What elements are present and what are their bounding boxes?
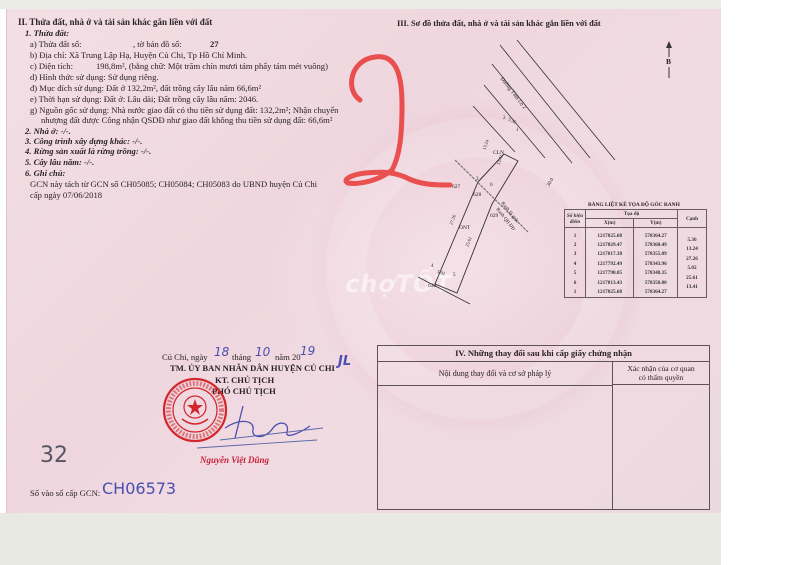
parcel-630-label: 630 (428, 281, 436, 291)
coord-cell-x: 1217825.68 (586, 228, 634, 241)
confirm-header-line1: Xác nhận của cơ quan (613, 364, 709, 373)
coord-cell-x: 1217792.49 (586, 259, 634, 268)
map-sheet-value: 27 (210, 39, 219, 49)
coord-cell-point: 1 (565, 287, 586, 297)
section-iv-title: IV. Những thay đổi sau khi cấp giấy chứn… (378, 346, 709, 362)
parcel-629-label: 629 (490, 211, 498, 221)
coord-cell-y: 578360.49 (634, 240, 678, 249)
house-item: 2. Nhà ở: -/-. (25, 126, 71, 136)
usage-origin-line2: nhượng đất được Công nhận QSDĐ như giao … (41, 115, 332, 125)
changes-table: IV. Những thay đổi sau khi cấp giấy chứn… (377, 345, 710, 510)
changes-confirm-header: Xác nhận của cơ quan có thẩm quyền (613, 362, 709, 385)
coord-cell-y: 578364.27 (634, 228, 678, 241)
coord-cell-y: 578355.09 (634, 250, 678, 259)
registry-number: CH06573 (102, 480, 176, 498)
date-month: 10 (255, 347, 270, 357)
registry-label: Số vào sổ cấp GCN: (30, 488, 100, 498)
perennial-item: 5. Cây lâu năm: -/-. (25, 157, 94, 167)
handwritten-number: 32 (40, 444, 68, 468)
vertex-5-label: 5 (453, 271, 456, 281)
vertex-6-label: 6 (490, 181, 493, 191)
coord-cell-x: 1217825.68 (586, 287, 634, 297)
header-edge: Cạnh (678, 210, 707, 228)
parcel-heading: 1. Thửa đất: (25, 28, 69, 38)
notes-line2: cấp ngày 07/06/2018 (30, 190, 102, 200)
area-value: 198,8m², (bằng chữ: Một trăm chín mươi t… (96, 61, 328, 71)
coordinate-table: Số hiệu điểm Tọa độ Cạnh X(m) Y(m) 11217… (564, 209, 707, 298)
map-sheet-label: , tờ bản đồ số: (133, 39, 182, 49)
handwritten-initials: JL (338, 357, 351, 367)
coord-cell-edge: 27.26 (678, 254, 707, 263)
place-date-prefix: Củ Chi, ngày (162, 352, 208, 362)
other-works-item: 3. Công trình xây dựng khác: -/-. (25, 136, 142, 146)
notes-line1: GCN này tách từ GCN số CH05085; CH05084;… (30, 179, 317, 189)
coord-cell-y: 578343.96 (634, 259, 678, 268)
forest-item: 4. Rừng sản xuất là rừng trồng: -/-. (25, 146, 151, 156)
coord-cell-point: 1 (565, 228, 586, 241)
scan-bottom-margin (0, 513, 721, 565)
notes-heading: 6. Ghi chú: (25, 168, 65, 178)
coord-cell-x: 1217790.05 (586, 269, 634, 278)
vertex-3-label: 3 (476, 175, 479, 185)
coord-cell-edge: 13.41 (678, 282, 707, 292)
signature-scribble (195, 398, 325, 458)
changes-column-divider (612, 386, 613, 509)
red-marker-number-2 (340, 45, 460, 195)
vertex-1-label: 1 (516, 126, 519, 136)
header-x: X(m) (586, 219, 634, 228)
confirm-header-line2: có thẩm quyền (613, 373, 709, 382)
coord-cell-point: 5 (565, 269, 586, 278)
coord-cell-edge: 13.24 (678, 245, 707, 254)
header-point: Số hiệu điểm (565, 210, 586, 228)
coord-cell-point: 3 (565, 250, 586, 259)
date-month-label: tháng (232, 352, 251, 362)
date-year-label: năm 20 (275, 352, 301, 362)
coord-cell-point: 4 (565, 259, 586, 268)
parcel-number-value (93, 39, 131, 48)
parcel-628-label: 628 (473, 190, 481, 200)
signer-name: Nguyễn Việt Dũng (200, 455, 269, 465)
scan-right-margin (721, 0, 800, 565)
address: b) Địa chỉ: Xã Trung Lập Hạ, Huyện Củ Ch… (30, 50, 247, 60)
issuing-authority: TM. ỦY BAN NHÂN DÂN HUYỆN CỦ CHI (170, 363, 335, 373)
usage-purpose: đ) Mục đích sử dụng: Đất ở 132,2m², đất … (30, 83, 261, 93)
header-coord: Tọa độ (586, 210, 678, 219)
coord-cell-x: 1217813.43 (586, 278, 634, 287)
section-iii-title: III. Sơ đồ thửa đất, nhà ở và tài sản kh… (397, 19, 601, 29)
coord-cell-y: 578348.35 (634, 269, 678, 278)
parcel-number-label: a) Thửa đất số: (30, 39, 82, 49)
coord-cell-edge: 25.61 (678, 273, 707, 282)
coord-cell-point: 2 (565, 240, 586, 249)
coord-cell-x: 1217817.38 (586, 250, 634, 259)
area-label: c) Diện tích: (30, 61, 73, 71)
changes-content-header: Nội dung thay đổi và cơ sở pháp lý (378, 362, 613, 386)
coord-cell-edge: 5.36 (678, 235, 707, 244)
date-day: 18 (214, 347, 229, 357)
north-label: B (666, 57, 671, 67)
coord-cell-y: 578358.80 (634, 278, 678, 287)
scan-top-margin (0, 0, 721, 9)
header-y: Y(m) (634, 219, 678, 228)
section-ii-title: II. Thửa đất, nhà ở và tài sản khác gắn … (18, 17, 212, 27)
coord-cell-x: 1217829.47 (586, 240, 634, 249)
coord-cell-point: 6 (565, 278, 586, 287)
coord-row: 11217825.68578364.2713.41 (565, 287, 707, 297)
vertex-4-label: 4 (431, 262, 434, 272)
zone-ont-label: ONT (459, 223, 470, 233)
coord-cell-edge: 5.02 (678, 264, 707, 273)
usage-origin-line1: g) Nguồn gốc sử dụng: Nhà nước giao đất … (30, 105, 338, 115)
coord-cell-y: 578364.27 (634, 287, 678, 297)
usage-form: d) Hình thức sử dụng: Sử dụng riêng. (30, 72, 159, 82)
usage-term: e) Thời hạn sử dụng: Đất ở: Lâu dài; Đất… (30, 94, 258, 104)
date-year-suffix: 19 (300, 346, 315, 356)
